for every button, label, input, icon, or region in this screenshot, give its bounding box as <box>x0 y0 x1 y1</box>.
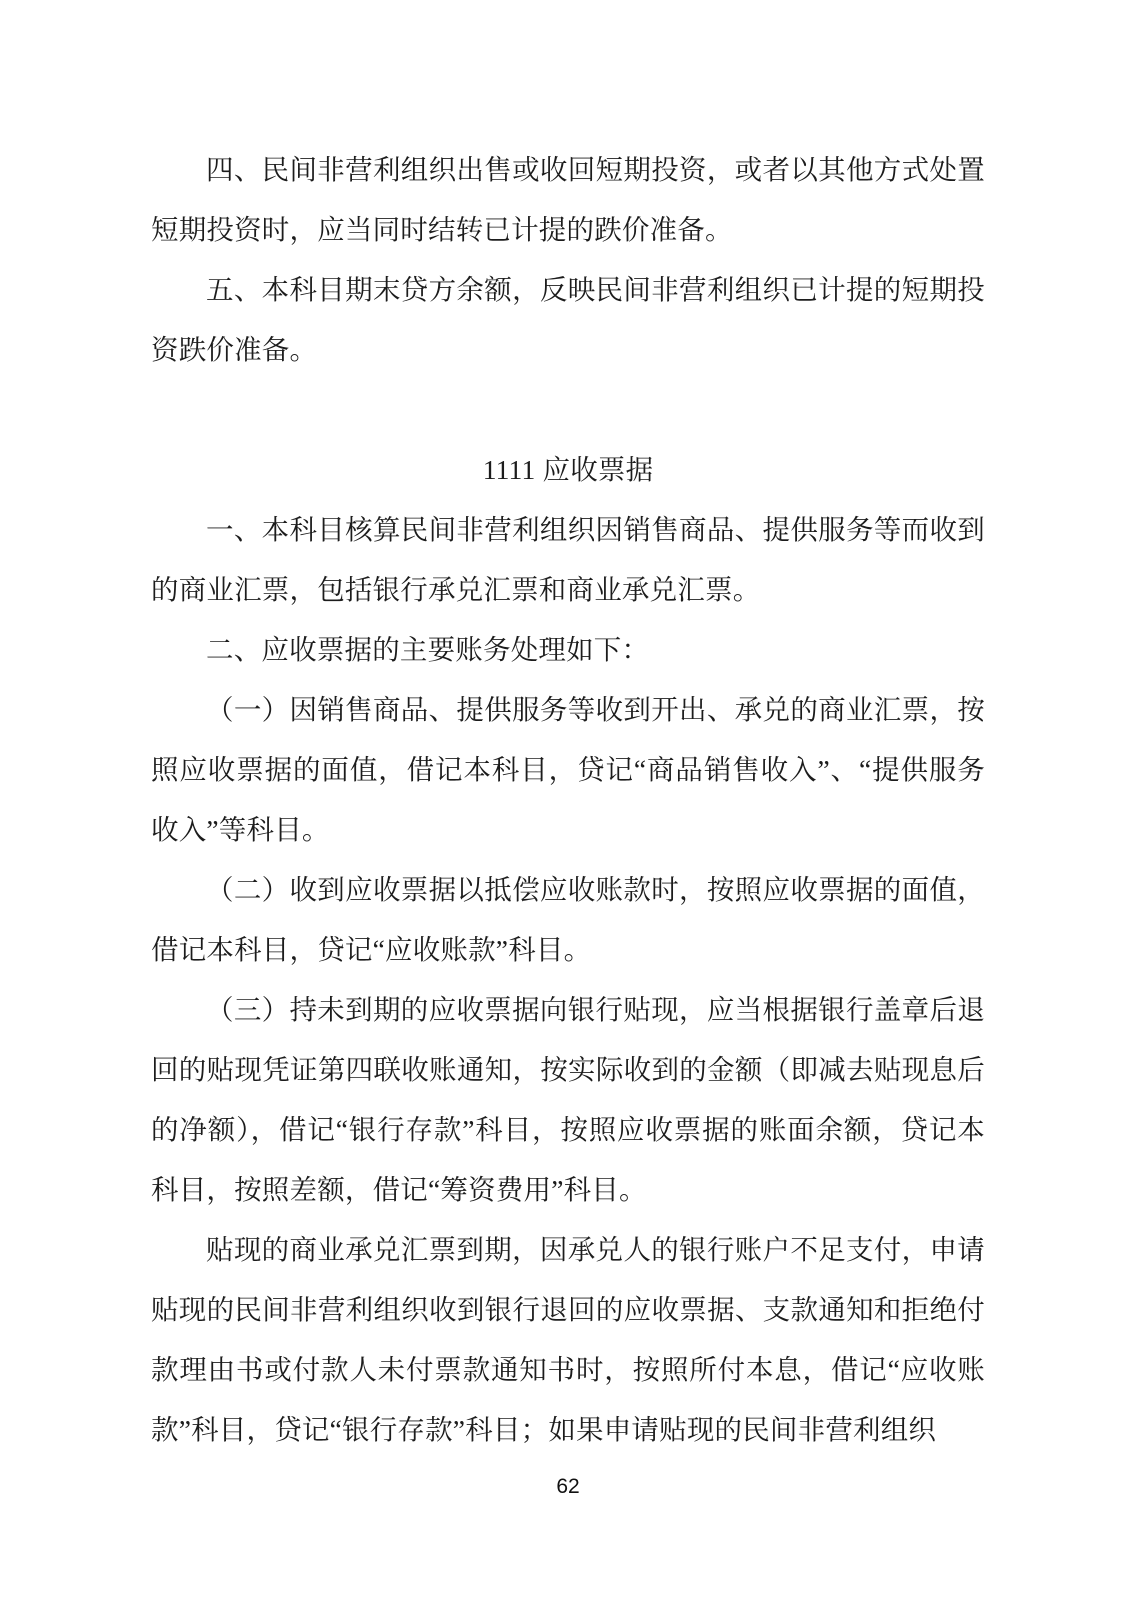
paragraph-item-5: 五、本科目期末贷方余额，反映民间非营利组织已计提的短期投资跌价准备。 <box>151 260 985 380</box>
paragraph-item-1: 一、本科目核算民间非营利组织因销售商品、提供服务等而收到的商业汇票，包括银行承兑… <box>151 500 985 620</box>
section-heading-1111-notes-receivable: 1111 应收票据 <box>151 440 985 500</box>
paragraph-item-4: 四、民间非营利组织出售或收回短期投资，或者以其他方式处置短期投资时，应当同时结转… <box>151 140 985 260</box>
document-page: 四、民间非营利组织出售或收回短期投资，或者以其他方式处置短期投资时，应当同时结转… <box>0 0 1131 1600</box>
paragraph-item-2-2: （二）收到应收票据以抵偿应收账款时，按照应收票据的面值，借记本科目，贷记“应收账… <box>151 860 985 980</box>
paragraph-item-2-3-continued: 贴现的商业承兑汇票到期，因承兑人的银行账户不足支付，申请贴现的民间非营利组织收到… <box>151 1220 985 1460</box>
page-number: 62 <box>556 1475 579 1498</box>
page-footer: 62 <box>151 1472 985 1502</box>
paragraph-item-2: 二、应收票据的主要账务处理如下： <box>151 620 985 680</box>
document-body: 四、民间非营利组织出售或收回短期投资，或者以其他方式处置短期投资时，应当同时结转… <box>151 140 985 1460</box>
paragraph-item-2-3: （三）持未到期的应收票据向银行贴现，应当根据银行盖章后退回的贴现凭证第四联收账通… <box>151 980 985 1220</box>
paragraph-item-2-1: （一）因销售商品、提供服务等收到开出、承兑的商业汇票，按照应收票据的面值，借记本… <box>151 680 985 860</box>
